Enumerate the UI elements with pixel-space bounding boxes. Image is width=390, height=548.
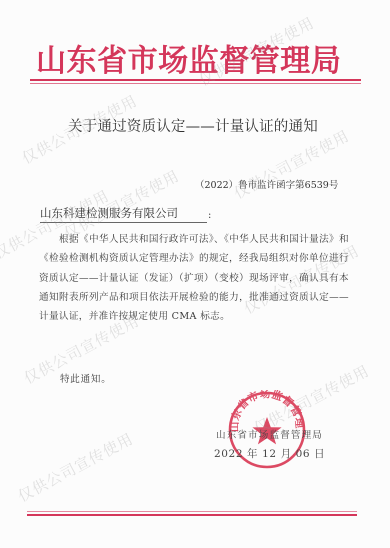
footer-rule-thick [27, 514, 357, 516]
signature-organization: 山东省市场监督管理局 [216, 427, 323, 441]
recipient-underline [40, 222, 207, 223]
watermark: 仅供公司宣传使用 [230, 125, 353, 204]
document-number: （2022）鲁市监许函字第6539号 [195, 177, 338, 191]
letterhead-rule-thin [30, 83, 361, 84]
footer-rule-thin [27, 511, 357, 512]
watermark: 仅供公司宣传使用 [14, 428, 137, 507]
notice-body: 根据《中华人民共和国行政许可法》、《中华人民共和国计量法》和《检验检测机构资质认… [39, 230, 349, 326]
document-page: 山东省市场监督管理局 关于通过资质认定——计量认证的通知 （2022）鲁市监许函… [0, 0, 390, 548]
closing-line: 特此通知。 [60, 371, 112, 385]
issuer-letterhead: 山东省市场监督管理局 [36, 44, 351, 80]
document-title: 关于通过资质认定——计量认证的通知 [68, 115, 318, 136]
recipient-colon: : [208, 210, 211, 221]
signature-date: 2022 年 12 月 06 日 [214, 446, 325, 461]
letterhead-rule-thick [30, 79, 361, 81]
recipient-name: 山东科建检测服务有限公司 [40, 205, 178, 221]
